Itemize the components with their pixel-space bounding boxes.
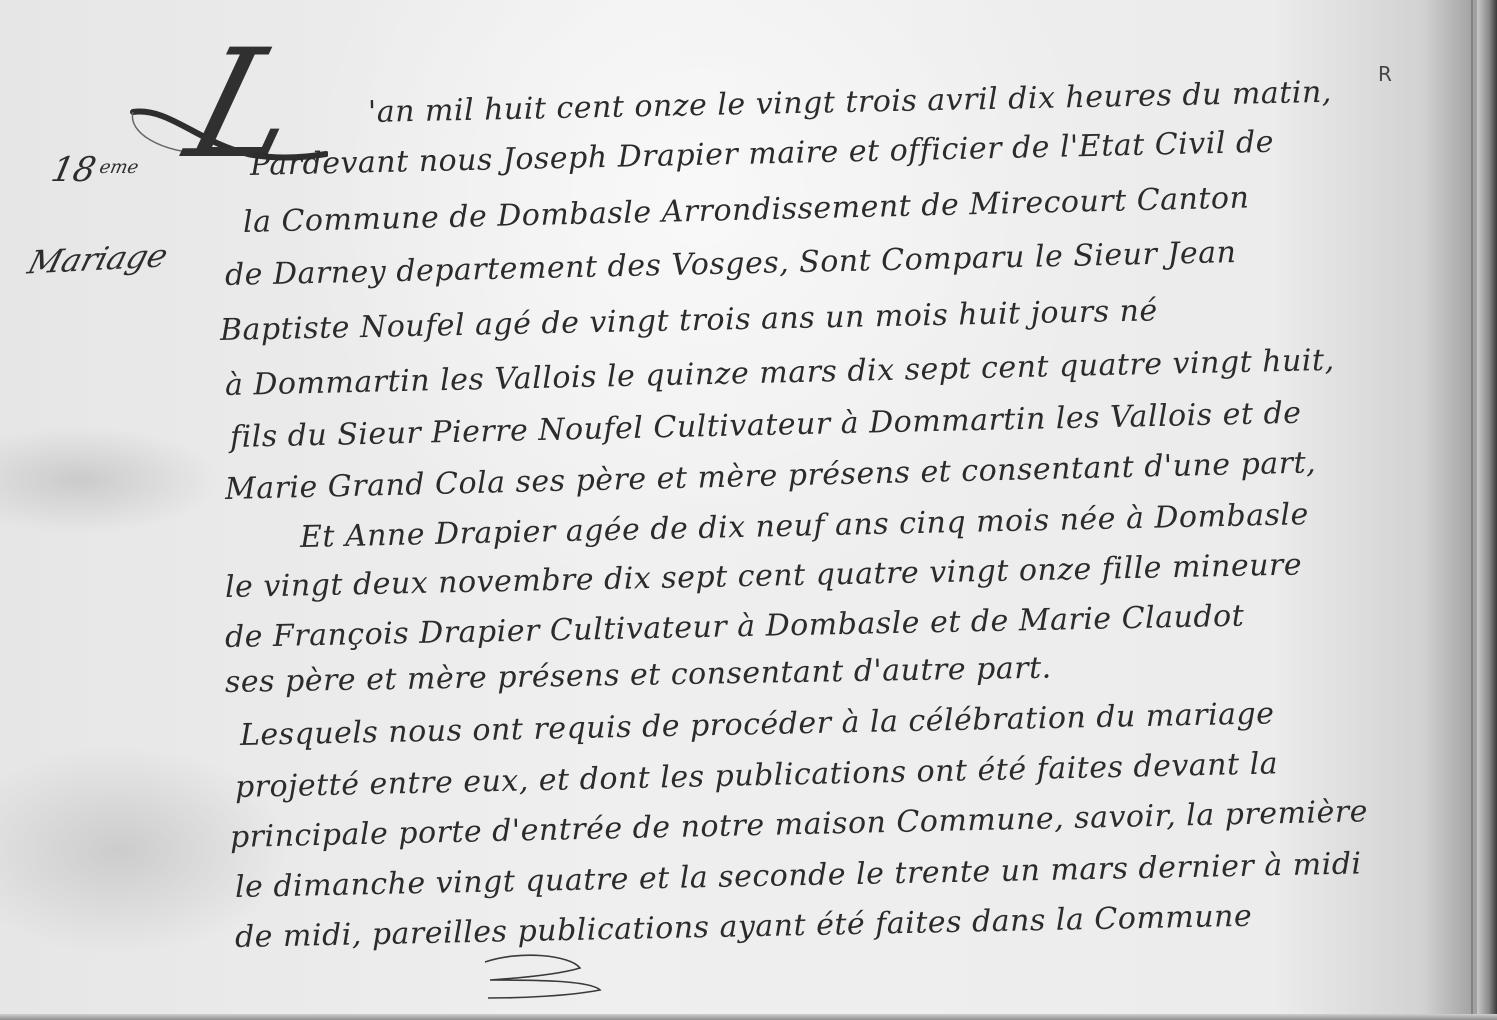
corner-mark: R: [1378, 62, 1392, 86]
book-gutter: [1477, 0, 1497, 1020]
record-line-12: ses père et mère présens et consentant d…: [225, 651, 1052, 700]
record-line-17: de midi, pareilles publications ayant ét…: [235, 899, 1253, 955]
entry-type-label: Mariage: [24, 236, 172, 281]
record-line-14: projetté entre eux, et dont les publicat…: [235, 746, 1279, 805]
record-line-9: Et Anne Drapier agée de dix neuf ans cin…: [300, 497, 1310, 555]
closing-flourish-icon: [480, 950, 610, 1000]
record-line-6: à Dommartin les Vallois le quinze mars d…: [225, 343, 1335, 403]
record-line-10: le vingt deux novembre dix sept cent qua…: [225, 547, 1303, 605]
record-line-4: de Darney departement des Vosges, Sont C…: [225, 235, 1237, 293]
record-line-1: 'an mil huit cent onze le vingt trois av…: [368, 75, 1332, 130]
entry-number-value: 18: [48, 150, 100, 190]
record-line-5: Baptiste Noufel agé de vingt trois ans u…: [220, 293, 1158, 348]
page-bottom-edge: [0, 1014, 1497, 1020]
record-line-13: Lesquels nous ont requis de procéder à l…: [240, 696, 1275, 753]
record-line-11: de François Drapier Cultivateur à Dombas…: [225, 599, 1245, 655]
record-line-16: le dimanche vingt quatre et la seconde l…: [235, 846, 1362, 905]
record-line-2: Pardevant nous Joseph Drapier maire et o…: [250, 125, 1275, 183]
record-line-3: la Commune de Dombasle Arrondissement de…: [243, 180, 1250, 240]
register-page: R 18eme Mariage L 'an mil huit cent onze…: [0, 0, 1497, 1020]
record-line-8: Marie Grand Cola ses père et mère présen…: [225, 445, 1317, 507]
record-line-7: fils du Sieur Pierre Noufel Cultivateur …: [230, 396, 1302, 455]
record-line-15: principale porte d'entrée de notre maiso…: [230, 794, 1369, 855]
page-edge-line: [1471, 0, 1473, 1020]
